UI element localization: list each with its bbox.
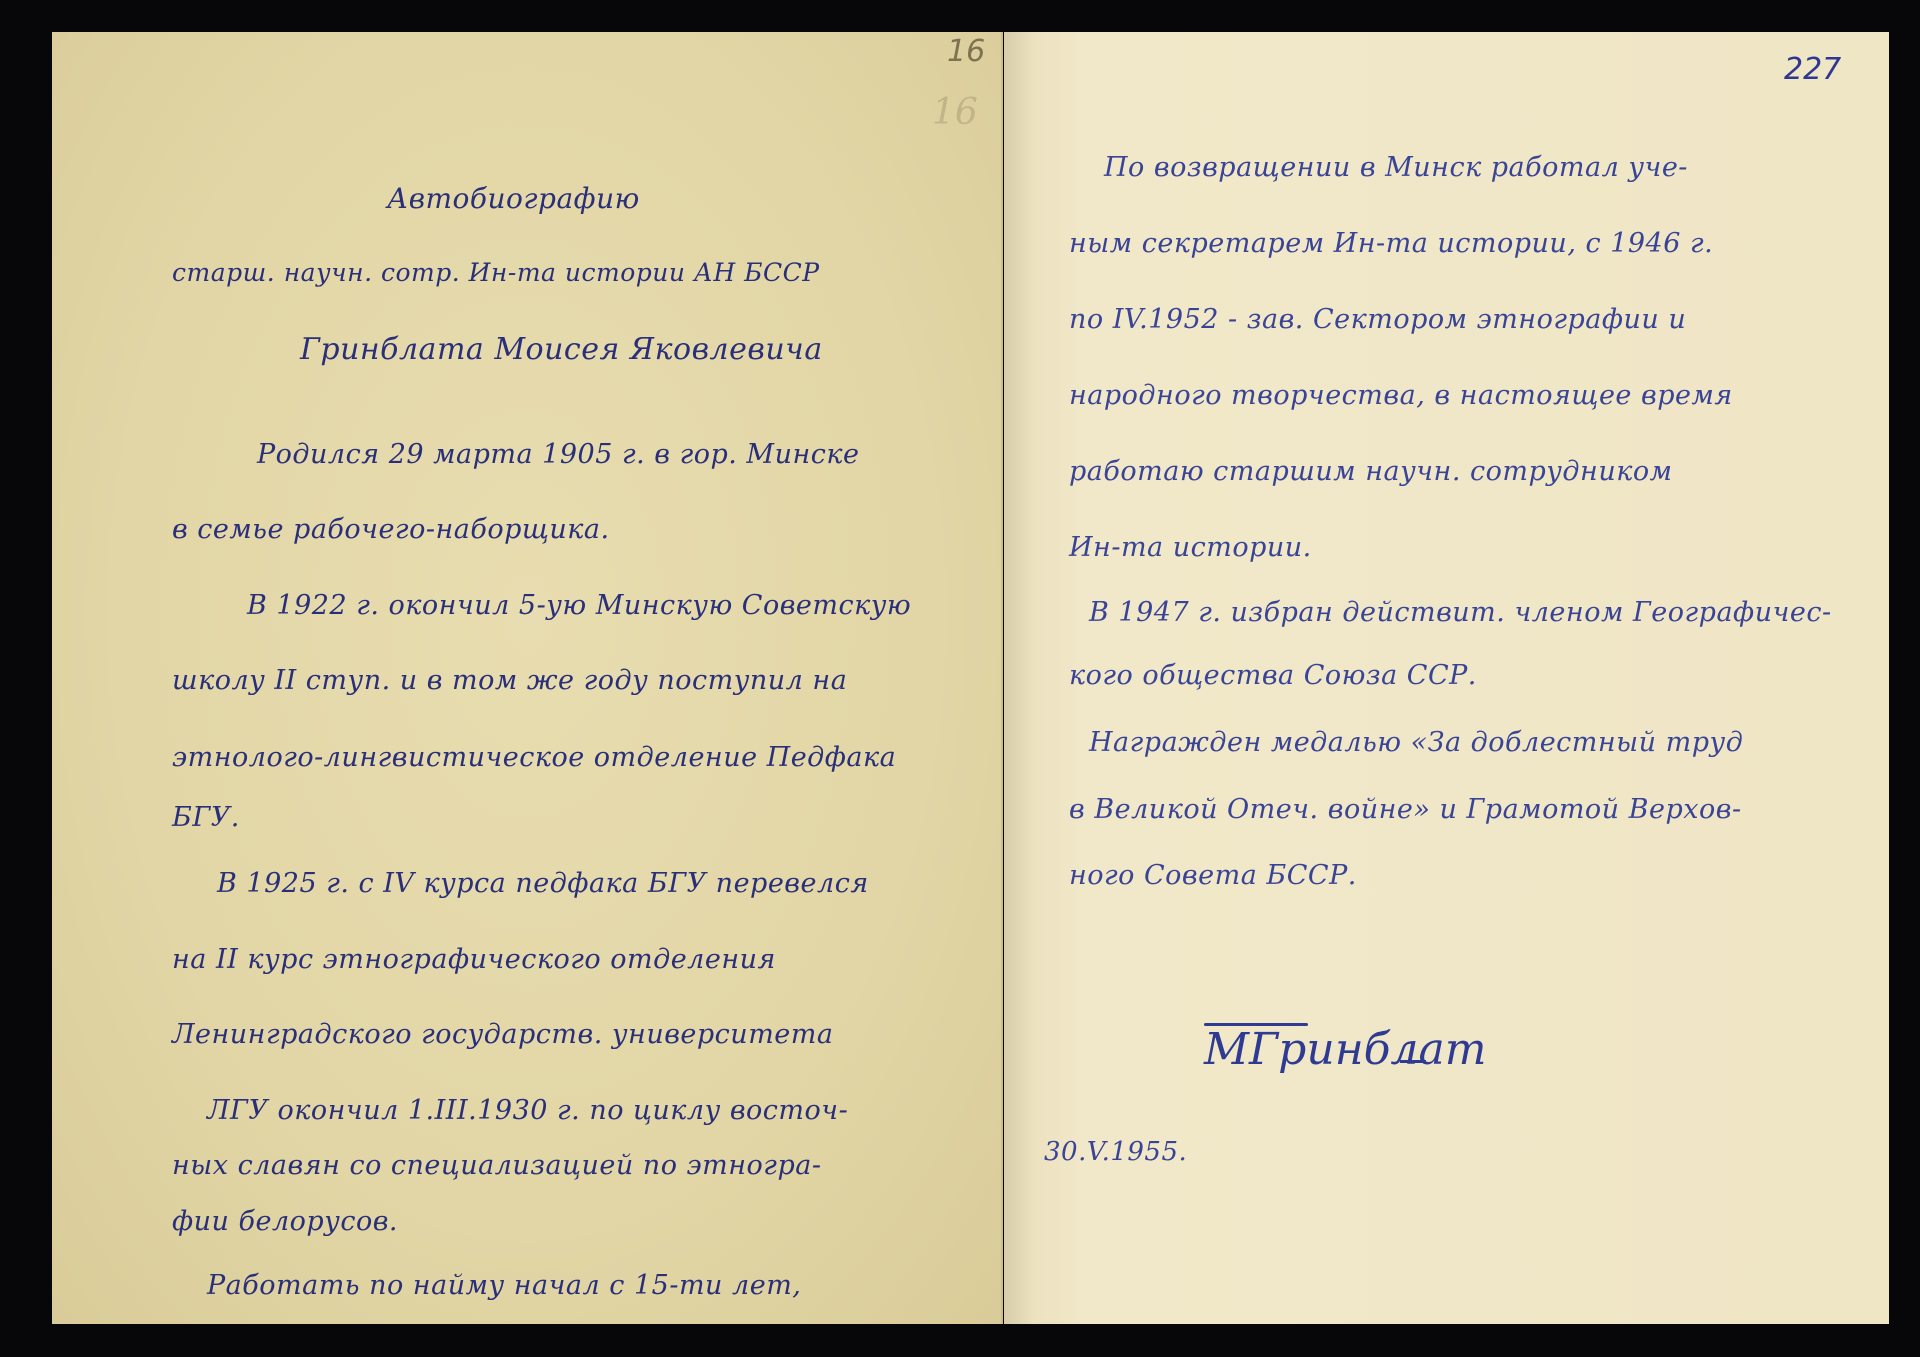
- faint-page-mark: 16: [932, 92, 978, 133]
- text-line: В 1922 г. окончил 5-ую Минскую Советскую: [247, 590, 911, 621]
- text-line: Награжден медалью «За доблестный труд: [1089, 727, 1743, 758]
- archive-page-number: 227: [1784, 52, 1841, 87]
- text-line: по IV.1952 - зав. Сектором этнографии и: [1069, 304, 1686, 335]
- text-line: на II курс этнографического отделения: [172, 944, 776, 975]
- text-line: ЛГУ окончил 1.III.1930 г. по циклу восто…: [207, 1095, 848, 1126]
- text-line: школу II ступ. и в том же году поступил …: [172, 665, 847, 696]
- text-line: кого общества Союза ССР.: [1069, 660, 1477, 691]
- text-line: в семье рабочего-наборщика.: [172, 514, 610, 545]
- document-title: Автобиографию: [387, 182, 640, 215]
- text-line: Работать по найму начал с 15-ти лет,: [207, 1270, 801, 1301]
- text-line: ного Совета БССР.: [1069, 860, 1357, 891]
- author-position: старш. научн. сотр. Ин-та истории АН БСС…: [172, 258, 820, 287]
- text-line: Ин-та истории.: [1069, 532, 1312, 563]
- text-line: в Великой Отеч. войне» и Грамотой Верхов…: [1069, 794, 1742, 825]
- author-name: Гринблата Моисея Яковлевича: [300, 332, 823, 367]
- archive-page-number: 16: [947, 34, 985, 69]
- text-line: этнолого-лингвистическое отделение Педфа…: [172, 742, 896, 773]
- text-line: По возвращении в Минск работал уче-: [1104, 152, 1688, 183]
- text-line: БГУ.: [172, 802, 240, 833]
- text-line: работаю старшим научн. сотрудником: [1069, 456, 1672, 487]
- document-date: 30.V.1955.: [1044, 1137, 1187, 1167]
- right-page: 227 По возвращении в Минск работал уче- …: [1004, 32, 1889, 1324]
- text-line: ным секретарем Ин-та истории, с 1946 г.: [1069, 228, 1713, 259]
- left-page: 16 16 Автобиографию старш. научн. сотр. …: [52, 32, 1003, 1324]
- text-line: Родился 29 марта 1905 г. в гор. Минске: [257, 439, 859, 470]
- text-line: ных славян со специализацией по этногра-: [172, 1150, 821, 1181]
- text-line: народного творчества, в настоящее время: [1069, 380, 1733, 411]
- signature: МГринблат: [1204, 1024, 1487, 1075]
- text-line: В 1947 г. избран действит. членом Геогра…: [1089, 597, 1832, 628]
- text-line: В 1925 г. с IV курса педфака БГУ перевел…: [217, 868, 869, 899]
- text-line: фии белорусов.: [172, 1206, 398, 1237]
- signature-dash: [1400, 1060, 1426, 1063]
- text-line: Ленинградского государств. университета: [172, 1019, 833, 1050]
